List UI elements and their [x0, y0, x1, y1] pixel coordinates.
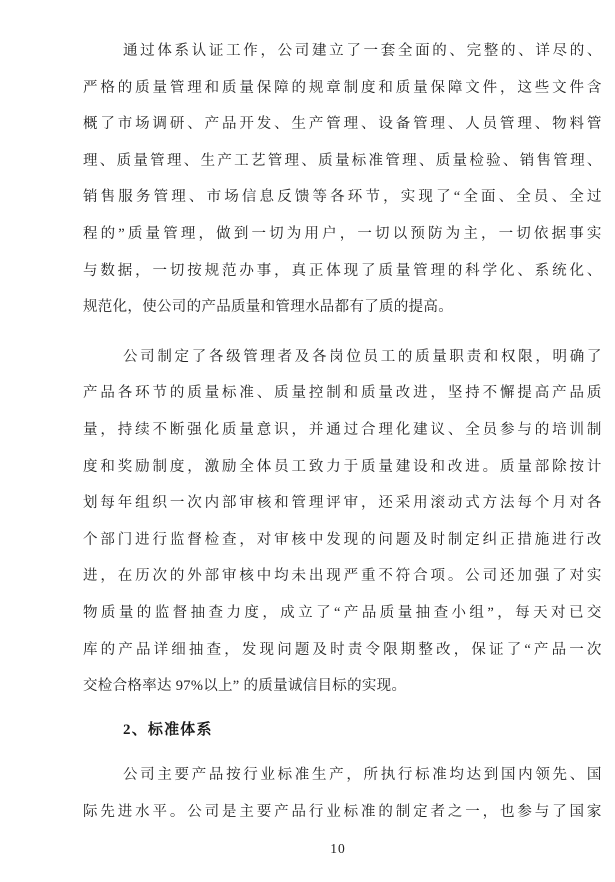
paragraph-line: 程的”质量管理，做到一切为用户，一切以预防为主，一切依据事实 — [83, 216, 603, 253]
paragraph-line: 进，在历次的外部审核中均未出现严重不符合项。公司还加强了对实 — [83, 558, 603, 595]
paragraph-line: 产品各环节的质量标准、质量控制和质量改进，坚持不懈提高产品质 — [83, 375, 603, 412]
page-footer: 10 — [83, 840, 593, 858]
document-page: 通过体系认证工作，公司建立了一套全面的、完整的、详尽的、 严格的质量管理和质量保… — [0, 0, 615, 882]
paragraph-line: 个部门进行监督检查，对审核中发现的问题及时制定纠正措施进行改 — [83, 522, 603, 559]
paragraph-line: 物质量的监督抽查力度，成立了“产品质量抽查小组”，每天对已交 — [83, 595, 603, 632]
section-heading: 2、标准体系 — [83, 712, 603, 749]
paragraph-line: 划每年组织一次内部审核和管理评审，还采用滚动式方法每个月对各 — [83, 485, 603, 522]
paragraph: 公司制定了各级管理者及各岗位员工的质量职责和权限，明确了 产品各环节的质量标准、… — [83, 339, 603, 705]
text-block: 通过体系认证工作，公司建立了一套全面的、完整的、详尽的、 严格的质量管理和质量保… — [83, 33, 603, 830]
paragraph-line: 库的产品详细抽查，发现问题及时责令限期整改，保证了“产品一次 — [83, 632, 603, 669]
paragraph-line: 理、质量管理、生产工艺管理、质量标准管理、质量检验、销售管理、 — [83, 143, 603, 180]
paragraph-line: 规范化，使公司的产品质量和管理水品都有了质的提高。 — [83, 289, 603, 326]
paragraph-line: 与数据，一切按规范办事，真正体现了质量管理的科学化、系统化、 — [83, 253, 603, 290]
paragraph-line: 公司主要产品按行业标准生产，所执行标准均达到国内领先、国 — [83, 757, 603, 794]
page-number: 10 — [330, 841, 346, 856]
paragraph-line: 公司制定了各级管理者及各岗位员工的质量职责和权限，明确了 — [83, 339, 603, 376]
paragraph-line: 度和奖励制度，激励全体员工致力于质量建设和改进。质量部除按计 — [83, 449, 603, 486]
paragraph: 公司主要产品按行业标准生产，所执行标准均达到国内领先、国 际先进水平。公司是主要… — [83, 757, 603, 830]
paragraph-line: 销售服务管理、市场信息反馈等各环节，实现了“全面、全员、全过 — [83, 179, 603, 216]
paragraph: 通过体系认证工作，公司建立了一套全面的、完整的、详尽的、 严格的质量管理和质量保… — [83, 33, 603, 326]
paragraph-line: 际先进水平。公司是主要产品行业标准的制定者之一，也参与了国家 — [83, 794, 603, 831]
paragraph-line: 交检合格率达 97%以上” 的质量诚信目标的实现。 — [83, 668, 603, 705]
paragraph-line: 严格的质量管理和质量保障的规章制度和质量保障文件，这些文件含 — [83, 70, 603, 107]
paragraph-line: 通过体系认证工作，公司建立了一套全面的、完整的、详尽的、 — [83, 33, 603, 70]
paragraph-line: 量，持续不断强化质量意识，并通过合理化建议、全员参与的培训制 — [83, 412, 603, 449]
paragraph-line: 概了市场调研、产品开发、生产管理、设备管理、人员管理、物料管 — [83, 106, 603, 143]
